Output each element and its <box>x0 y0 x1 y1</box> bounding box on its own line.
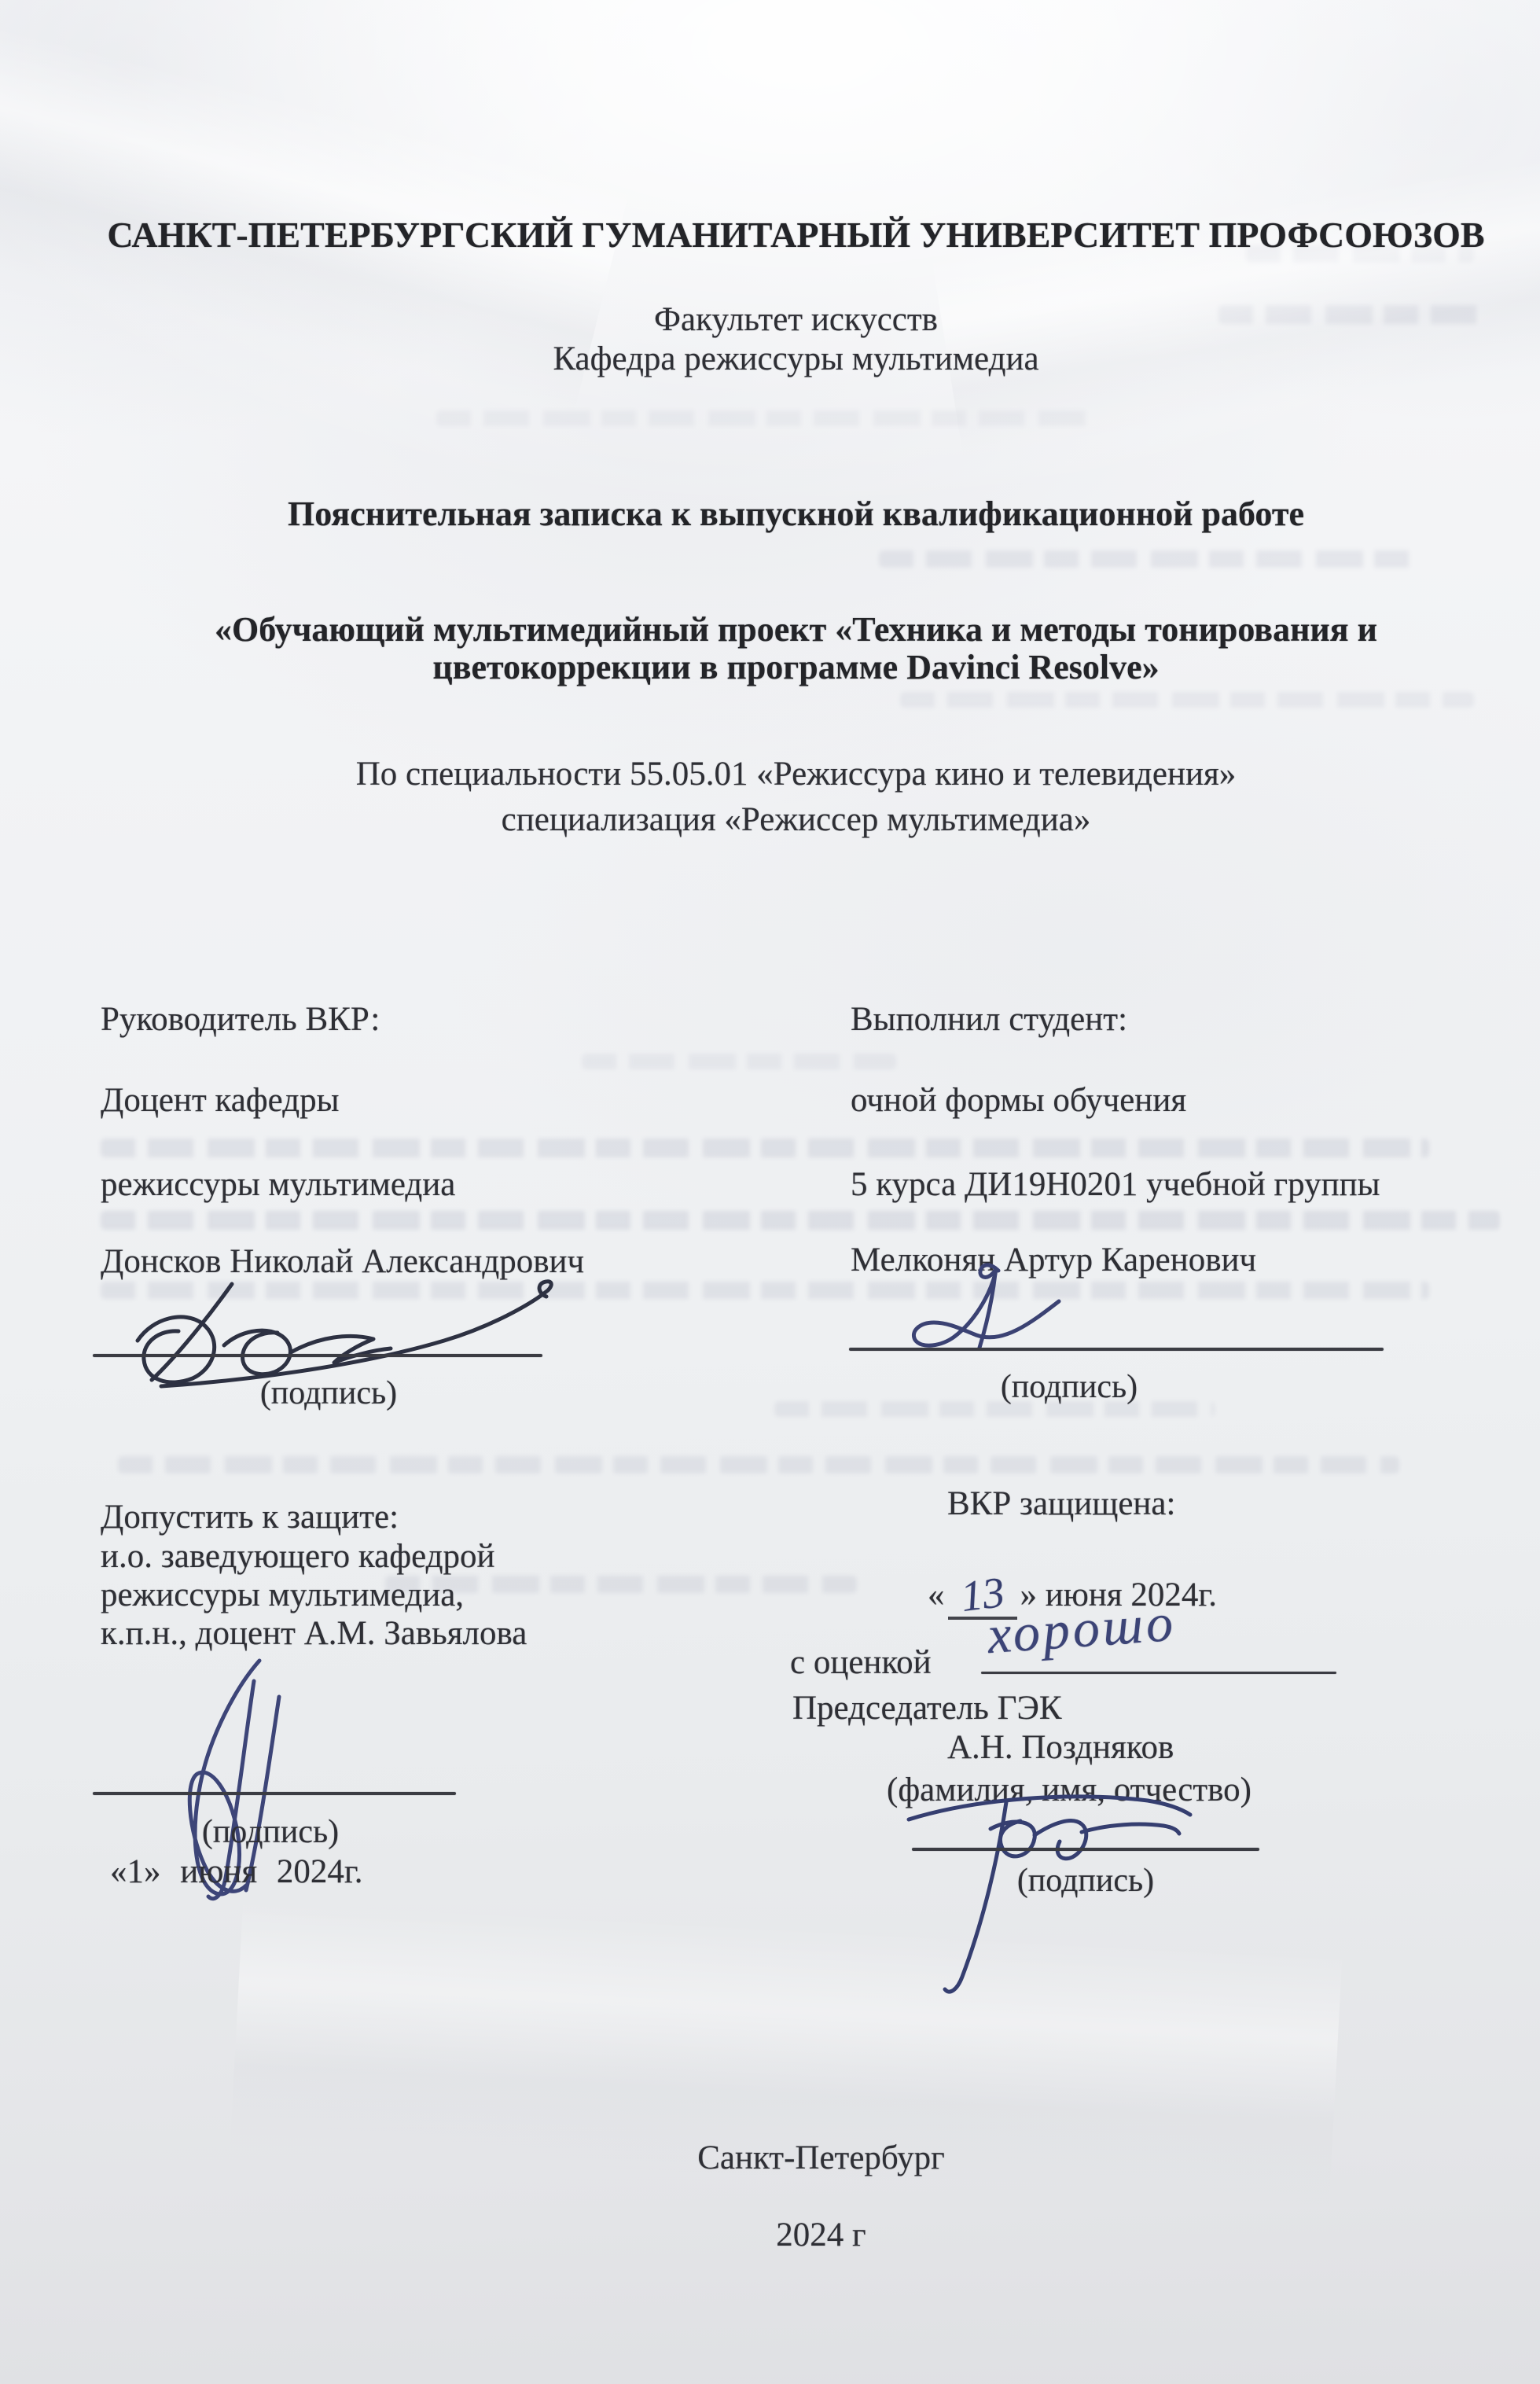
department-line: Кафедра режиссуры мультимедиа <box>52 340 1540 379</box>
bleed-through-text <box>101 1211 1500 1230</box>
student-info-line1: очной формы обучения <box>851 1081 1186 1120</box>
document-title: Пояснительная записка к выпускной квалиф… <box>52 494 1540 534</box>
student-signature-caption: (подпись) <box>849 1368 1289 1406</box>
supervisor-heading: Руководитель ВКР: <box>101 1000 380 1039</box>
student-heading: Выполнил студент: <box>851 1000 1127 1039</box>
year-line: 2024 г <box>102 2216 1540 2255</box>
bleed-through-text <box>582 1054 896 1069</box>
supervisor-signature-caption: (подпись) <box>93 1374 564 1412</box>
student-signature-ink <box>904 1256 1069 1359</box>
supervisor-position-line1: Доцент кафедры <box>101 1081 339 1120</box>
admission-heading: Допустить к защите: <box>101 1498 399 1537</box>
defense-heading: ВКР защищена: <box>947 1484 1175 1524</box>
faculty-line: Факультет искусств <box>52 300 1540 340</box>
admission-signature-line <box>93 1792 456 1795</box>
chairman-name: А.Н. Поздняков <box>947 1728 1174 1768</box>
admission-date: «1» июня 2024г. <box>110 1852 362 1892</box>
admission-line3: к.п.н., доцент А.М. Завьялова <box>101 1614 527 1654</box>
bleed-through-text <box>879 550 1421 568</box>
work-title-line1: «Обучающий мультимедийный проект «Техник… <box>52 609 1540 649</box>
supervisor-position-line2: режиссуры мультимедиа <box>101 1165 455 1205</box>
university-header: САНКТ-ПЕТЕРБУРГСКИЙ ГУМАНИТАРНЫЙ УНИВЕРС… <box>52 214 1540 256</box>
student-info-line2: 5 курса ДИ19Н0201 учебной группы <box>851 1165 1380 1205</box>
admission-line1: и.о. заведующего кафедрой <box>101 1537 495 1576</box>
bleed-through-text <box>101 1139 1429 1157</box>
bleed-through-text <box>118 1456 1399 1473</box>
grade-value-handwritten: хорошо <box>986 1591 1178 1667</box>
supervisor-signature-line <box>93 1354 542 1357</box>
grade-label: с оценкой <box>790 1643 932 1683</box>
chairman-signature-line <box>912 1848 1259 1851</box>
bleed-through-text <box>900 692 1474 708</box>
defense-date-open-quote: « <box>928 1576 945 1613</box>
admission-signature-caption: (подпись) <box>93 1813 448 1851</box>
specialty-line1: По специальности 55.05.01 «Режиссура кин… <box>52 755 1540 794</box>
chairman-label: Председатель ГЭК <box>792 1689 1062 1728</box>
admission-line2: режиссуры мультимедиа, <box>101 1576 464 1615</box>
specialty-line2: специализация «Режиссер мультимедиа» <box>52 800 1540 840</box>
grade-line <box>981 1672 1336 1674</box>
chairman-signature-caption: (подпись) <box>912 1862 1259 1900</box>
work-title-line2: цветокоррекции в программе Davinci Resol… <box>52 647 1540 687</box>
student-signature-line <box>849 1348 1384 1351</box>
scanned-title-page: САНКТ-ПЕТЕРБУРГСКИЙ ГУМАНИТАРНЫЙ УНИВЕРС… <box>0 0 1540 2384</box>
bleed-through-text <box>436 410 1097 426</box>
city-line: Санкт-Петербург <box>102 2139 1540 2178</box>
